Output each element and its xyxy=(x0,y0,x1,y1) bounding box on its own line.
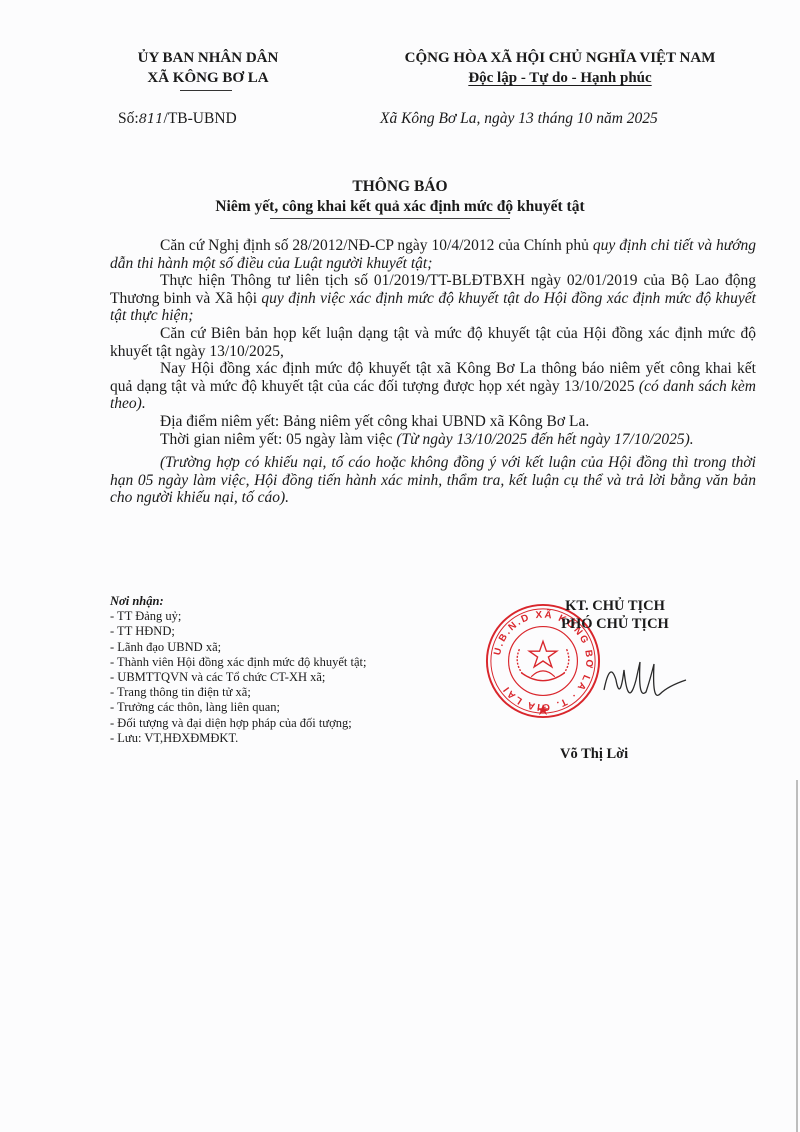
country-motto: Độc lập - Tự do - Hạnh phúc xyxy=(360,68,760,88)
paragraph-duration: Thời gian niêm yết: 05 ngày làm việc (Từ… xyxy=(110,431,756,449)
title-underline xyxy=(270,218,510,219)
paragraph-legal-basis-3: Căn cứ Biên bản họp kết luận dạng tật và… xyxy=(110,325,756,360)
page-edge xyxy=(796,780,798,1132)
recipient-item: - TT Đảng uỷ; xyxy=(110,609,367,624)
text: Thời gian niêm yết: 05 ngày làm việc xyxy=(160,431,396,448)
paragraph-announcement: Nay Hội đồng xác định mức độ khuyết tật … xyxy=(110,360,756,413)
recipient-item: - Trang thông tin điện tử xã; xyxy=(110,685,367,700)
recipients-heading: Nơi nhận: xyxy=(110,594,367,609)
recipients-list: Nơi nhận: - TT Đảng uỷ; - TT HĐND; - Lãn… xyxy=(110,594,367,746)
agency-line2: XÃ KÔNG BƠ LA xyxy=(108,68,308,88)
title-subtitle: Niêm yết, công khai kết quả xác định mức… xyxy=(150,197,650,217)
recipient-item: - Thành viên Hội đồng xác định mức độ kh… xyxy=(110,655,367,670)
signature-block: KT. CHỦ TỊCH PHÓ CHỦ TỊCH xyxy=(540,597,690,633)
text-italic: (Trường hợp có khiếu nại, tố cáo hoặc kh… xyxy=(110,454,756,506)
doc-number-suffix: /TB-UBND xyxy=(164,110,237,127)
document-number: Số:811/TB-UBND xyxy=(118,110,237,128)
recipient-item: - TT HĐND; xyxy=(110,624,367,639)
recipient-item: - UBMTTQVN và các Tổ chức CT-XH xã; xyxy=(110,670,367,685)
country-line1: CỘNG HÒA XÃ HỘI CHỦ NGHĨA VIỆT NAM xyxy=(360,48,760,68)
agency-header: ỦY BAN NHÂN DÂN XÃ KÔNG BƠ LA xyxy=(108,48,308,88)
paragraph-location: Địa điểm niêm yết: Bảng niêm yết công kh… xyxy=(110,413,756,431)
paragraph-complaints: (Trường hợp có khiếu nại, tố cáo hoặc kh… xyxy=(110,454,756,507)
recipient-item: - Trưởng các thôn, làng liên quan; xyxy=(110,700,367,715)
document-body: Căn cứ Nghị định số 28/2012/NĐ-CP ngày 1… xyxy=(110,237,756,507)
country-header: CỘNG HÒA XÃ HỘI CHỦ NGHĨA VIỆT NAM Độc l… xyxy=(360,48,760,88)
title-main: THÔNG BÁO xyxy=(150,177,650,197)
place-date: Xã Kông Bơ La, ngày 13 tháng 10 năm 2025 xyxy=(380,110,658,128)
agency-underline xyxy=(180,90,232,91)
signer-name: Võ Thị Lời xyxy=(560,746,628,763)
signature-title-2: PHÓ CHỦ TỊCH xyxy=(540,615,690,633)
signature-title-1: KT. CHỦ TỊCH xyxy=(540,597,690,615)
recipient-item: - Đối tượng và đại diện hợp pháp của đối… xyxy=(110,716,367,731)
doc-number-handwritten: 811 xyxy=(139,112,164,127)
paragraph-legal-basis-1: Căn cứ Nghị định số 28/2012/NĐ-CP ngày 1… xyxy=(110,237,756,272)
recipient-item: - Lãnh đạo UBND xã; xyxy=(110,640,367,655)
document-title: THÔNG BÁO Niêm yết, công khai kết quả xá… xyxy=(150,177,650,217)
text-italic: (Từ ngày 13/10/2025 đến hết ngày 17/10/2… xyxy=(396,431,693,448)
agency-line1: ỦY BAN NHÂN DÂN xyxy=(108,48,308,68)
text: Căn cứ Nghị định số 28/2012/NĐ-CP ngày 1… xyxy=(160,237,593,254)
paragraph-legal-basis-2: Thực hiện Thông tư liên tịch số 01/2019/… xyxy=(110,272,756,325)
handwritten-signature-icon xyxy=(598,650,690,720)
doc-number-prefix: Số: xyxy=(118,110,139,127)
recipient-item: - Lưu: VT,HĐXĐMĐKT. xyxy=(110,731,367,746)
